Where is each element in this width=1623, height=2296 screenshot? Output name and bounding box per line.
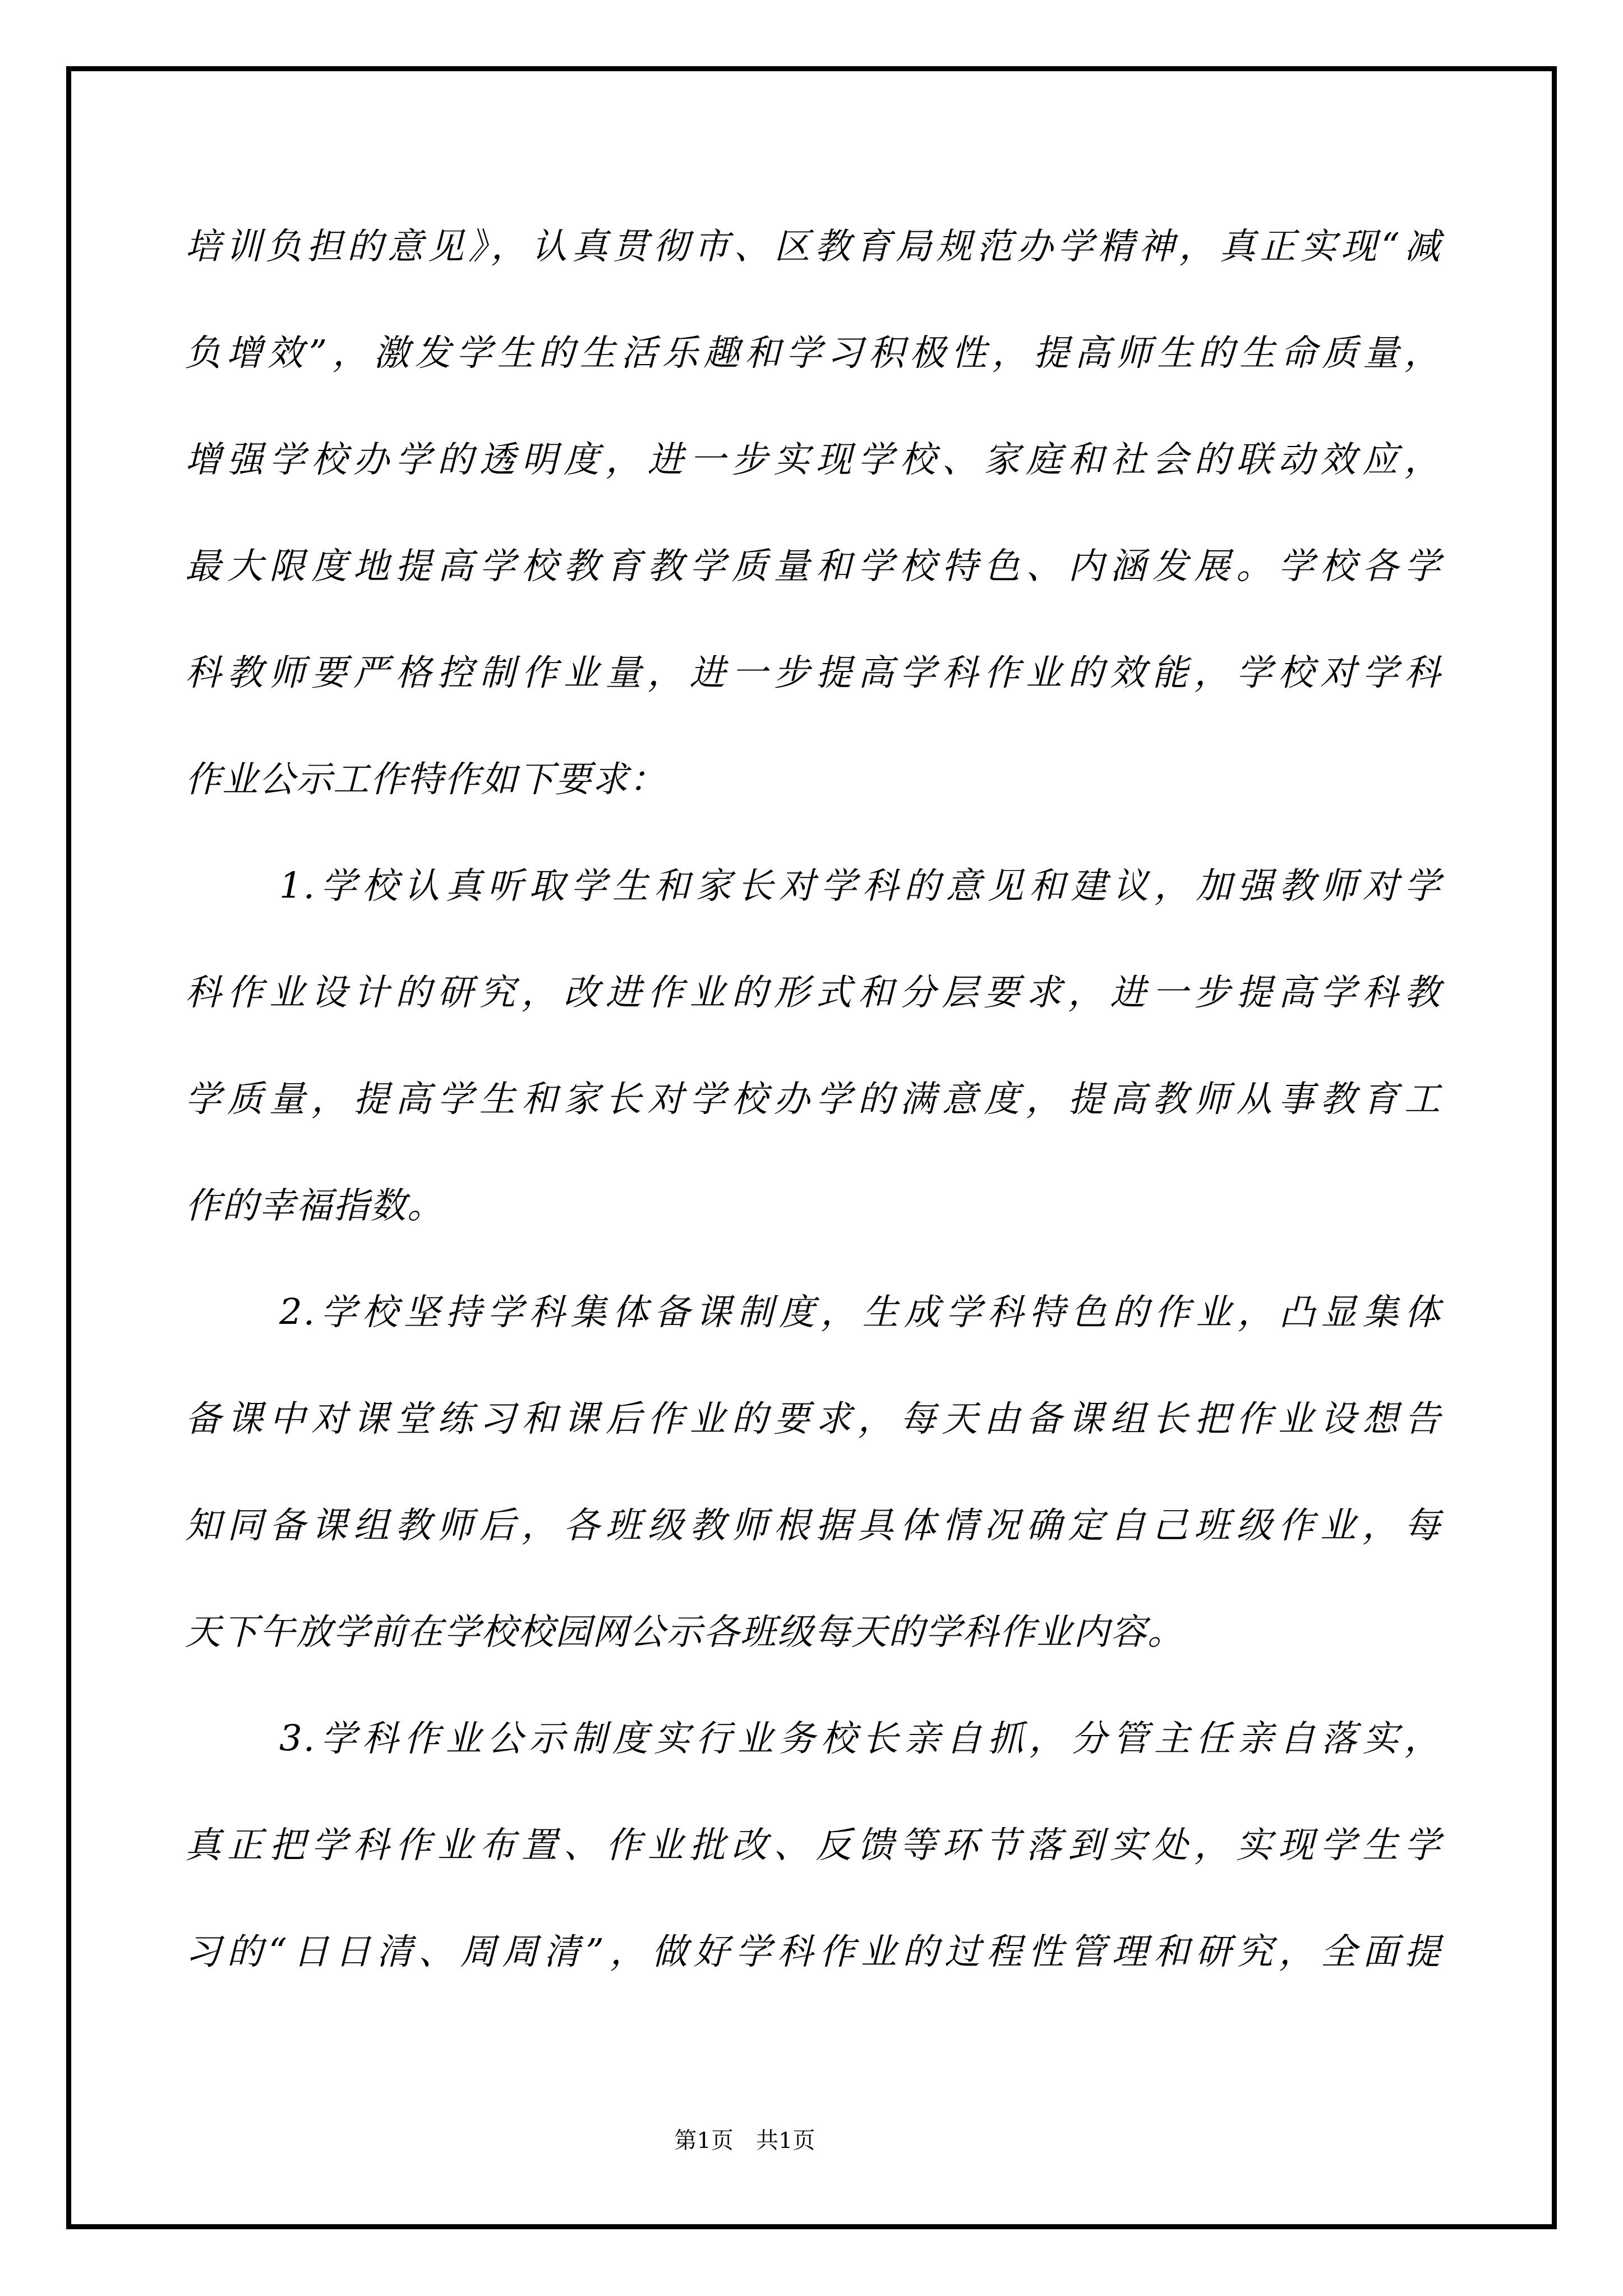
text-line-08: 科作业设计的研究，改进作业的形式和分层要求，进一步提高学科教 (185, 940, 1441, 1046)
text-line-11: 2.学校坚持学科集体备课制度，生成学科特色的作业，凸显集体 (185, 1259, 1441, 1366)
text-line-03: 增强学校办学的透明度，进一步实现学校、家庭和社会的联动效应， (185, 407, 1441, 513)
text-line-16: 真正把学科作业布置、作业批改、反馈等环节落到实处，实现学生学 (185, 1792, 1441, 1899)
text-line-06: 作业公示工作特作如下要求： (185, 726, 1441, 833)
text-line-01: 培训负担的意见》，认真贯彻市、区教育局规范办学精神，真正实现“减 (185, 194, 1441, 300)
page-number-label: 第1页 共1页 (675, 2124, 815, 2157)
text-line-14: 天下午放学前在学校校园网公示各班级每天的学科作业内容。 (185, 1579, 1441, 1686)
document-body: 培训负担的意见》，认真贯彻市、区教育局规范办学精神，真正实现“减 负增效”，激发… (185, 194, 1441, 2005)
text-line-12: 备课中对课堂练习和课后作业的要求，每天由备课组长把作业设想告 (185, 1366, 1441, 1473)
text-line-17: 习的“日日清、周周清”，做好学科作业的过程性管理和研究，全面提 (185, 1899, 1441, 2005)
text-line-02: 负增效”，激发学生的生活乐趣和学习积极性，提高师生的生命质量， (185, 300, 1441, 407)
page-footer: 第1页 共1页 (185, 2124, 1441, 2157)
text-line-15: 3.学科作业公示制度实行业务校长亲自抓，分管主任亲自落实， (185, 1686, 1441, 1792)
text-line-04: 最大限度地提高学校教育教学质量和学校特色、内涵发展。学校各学 (185, 513, 1441, 620)
text-line-09: 学质量，提高学生和家长对学校办学的满意度，提高教师从事教育工 (185, 1046, 1441, 1153)
text-line-13: 知同备课组教师后，各班级教师根据具体情况确定自己班级作业，每 (185, 1473, 1441, 1579)
document-page: 培训负担的意见》，认真贯彻市、区教育局规范办学精神，真正实现“减 负增效”，激发… (0, 0, 1623, 2296)
text-line-10: 作的幸福指数。 (185, 1153, 1441, 1259)
text-line-05: 科教师要严格控制作业量，进一步提高学科作业的效能，学校对学科 (185, 620, 1441, 726)
text-line-07: 1.学校认真听取学生和家长对学科的意见和建议，加强教师对学 (185, 833, 1441, 940)
